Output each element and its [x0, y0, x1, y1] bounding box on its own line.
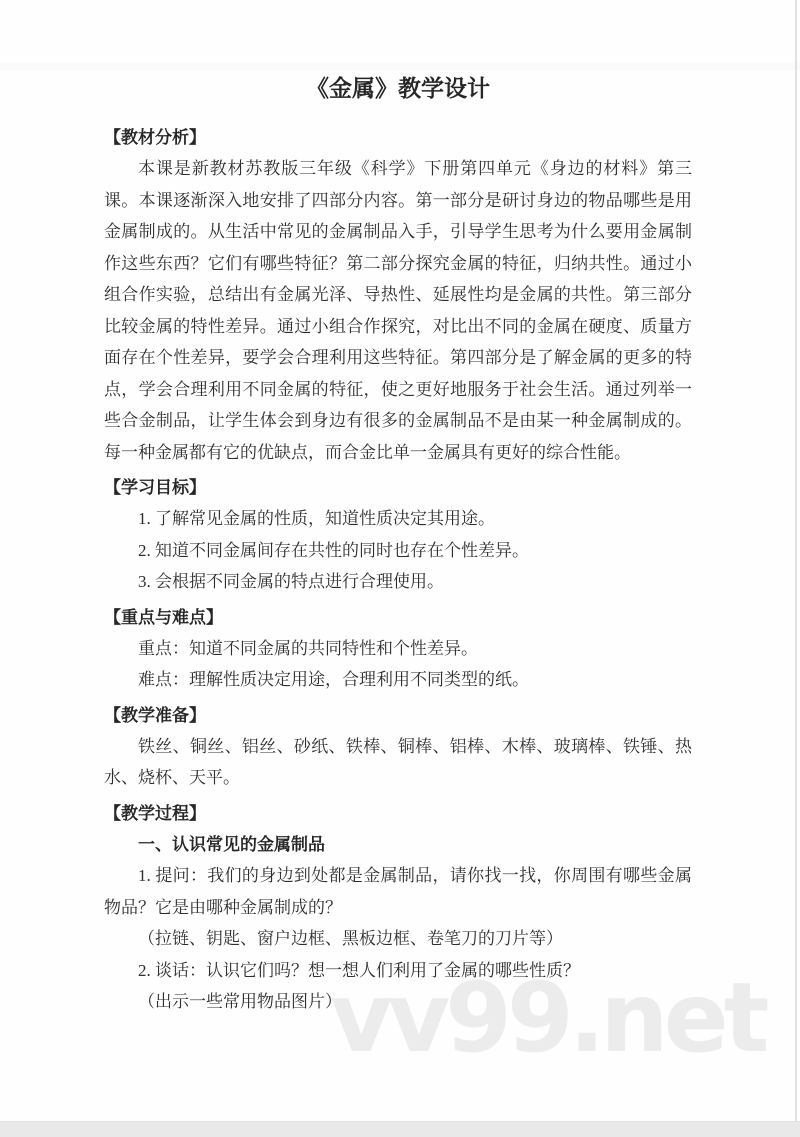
key-point-item: 重点：知道不同金属的共同特性和个性差异。	[104, 633, 692, 665]
scan-right-edge	[795, 0, 797, 1137]
process-step-item: 1. 提问：我们的身边到处都是金属制品，请你找一找，你周围有哪些金属物品？它是由…	[104, 860, 692, 923]
page-title: 《金属》教学设计	[104, 72, 692, 106]
objective-item: 2. 知道不同金属间存在共性的同时也存在个性差异。	[104, 535, 692, 567]
objective-item: 1. 了解常见金属的性质，知道性质决定其用途。	[104, 503, 692, 535]
section-heading-key-points: 【重点与难点】	[104, 602, 692, 633]
process-note-item: （拉链、钥匙、窗户边框、黑板边框、卷笔刀的刀片等）	[104, 923, 692, 955]
section-heading-teaching-preparation: 【教学准备】	[104, 700, 692, 731]
page-bottom-edge	[0, 1121, 800, 1137]
section-heading-teaching-process: 【教学过程】	[104, 798, 692, 829]
process-note-item: （出示一些常用物品图片）	[104, 986, 692, 1018]
document-content: 《金属》教学设计 【教材分析】 本课是新教材苏教版三年级《科学》下册第四单元《身…	[104, 0, 692, 1018]
preparation-materials-paragraph: 铁丝、铜丝、铝丝、砂纸、铁棒、铜棒、铝棒、木棒、玻璃棒、铁锤、热水、烧杯、天平。	[104, 731, 692, 794]
section-heading-learning-objectives: 【学习目标】	[104, 472, 692, 503]
process-step-item: 2. 谈话：认识它们吗？想一想人们利用了金属的哪些性质？	[104, 955, 692, 987]
section-heading-material-analysis: 【教材分析】	[104, 122, 692, 153]
document-page: vv99.net 《金属》教学设计 【教材分析】 本课是新教材苏教版三年级《科学…	[0, 0, 800, 1137]
process-subheading-1: 一、认识常见的金属制品	[104, 829, 692, 861]
difficult-point-item: 难点：理解性质决定用途，合理利用不同类型的纸。	[104, 664, 692, 696]
material-analysis-paragraph: 本课是新教材苏教版三年级《科学》下册第四单元《身边的材料》第三课。本课逐渐深入地…	[104, 153, 692, 468]
objective-item: 3. 会根据不同金属的特点进行合理使用。	[104, 566, 692, 598]
